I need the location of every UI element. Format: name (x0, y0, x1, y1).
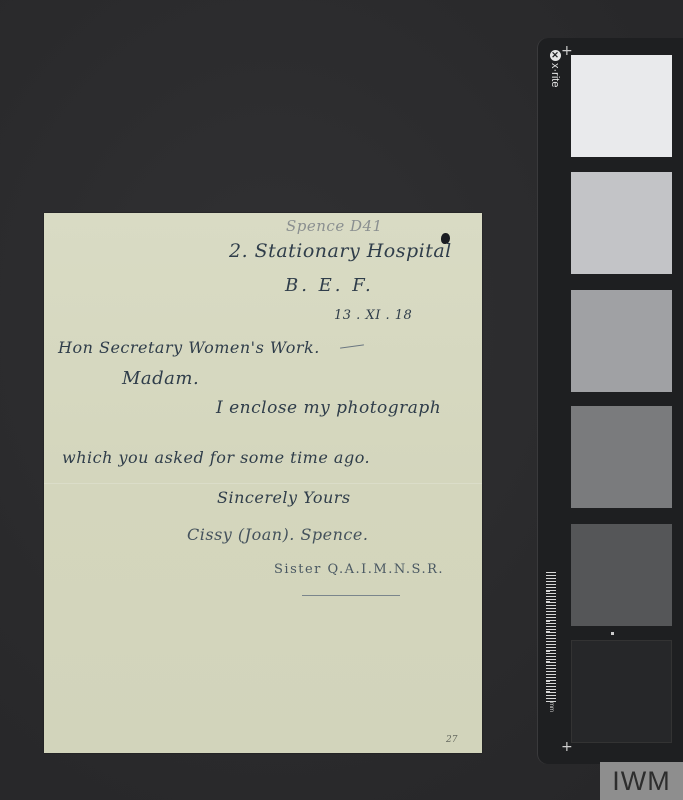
iwm-watermark: IWM (600, 762, 683, 800)
recipient-line: Hon Secretary Women's Work. (58, 338, 320, 357)
rank-title: Sister Q.A.I.M.N.S.R. (274, 562, 444, 577)
marker-dot (611, 632, 614, 635)
page-number: 27 (446, 735, 457, 745)
gray-patch-6 (571, 640, 672, 743)
closing: Sincerely Yours (217, 488, 351, 507)
gray-patch-5 (571, 524, 672, 626)
gray-patch-4 (571, 406, 672, 508)
pencil-archive-annotation: Spence D41 (286, 217, 383, 235)
letter-paper: Spence D41 2. Stationary Hospital B. E. … (44, 213, 482, 753)
pen-dash (340, 344, 364, 348)
gray-patch-3 (571, 290, 672, 392)
gray-patch-2 (571, 172, 672, 274)
brand-text: x·rite (549, 63, 561, 87)
body-line-1: I enclose my photograph (216, 398, 441, 418)
xrite-brand-label: ✕ x·rite (548, 50, 562, 110)
signature: Cissy (Joan). Spence. (187, 525, 368, 544)
letter-date: 13 . XI . 18 (334, 308, 412, 323)
salutation: Madam. (122, 368, 199, 389)
ruler-unit-label: mm (548, 702, 554, 712)
paper-fold-line (44, 483, 482, 484)
underline-dash (302, 595, 400, 596)
mm-ruler (546, 572, 556, 704)
gray-patch-1 (571, 55, 672, 157)
address-line-1: 2. Stationary Hospital (229, 240, 452, 262)
address-line-2: B. E. F. (285, 275, 374, 296)
body-line-2: which you asked for some time ago. (62, 448, 370, 467)
crosshair-bottom-icon: + (561, 740, 573, 754)
xrite-logo-icon: ✕ (550, 50, 561, 61)
